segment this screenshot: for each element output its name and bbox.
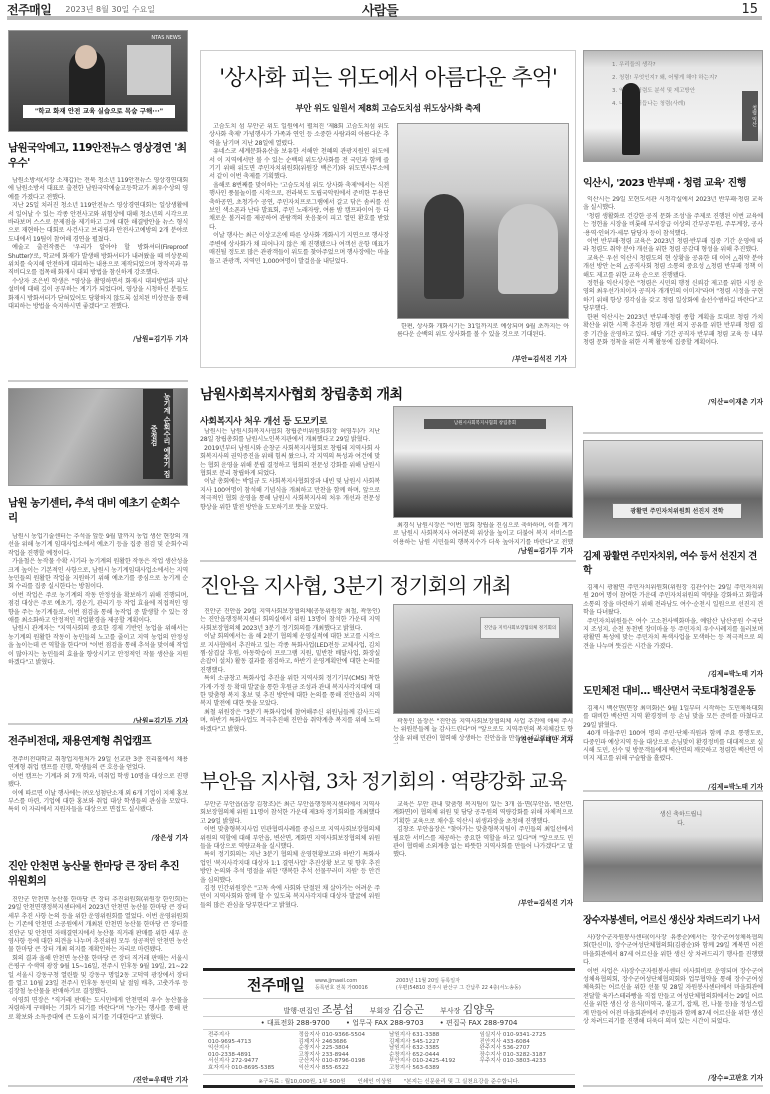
paper-name: 전주매일 xyxy=(7,1,51,18)
paragraph: 김창조 부안읍장은 "찾아가는 맞춤형복지팀이 주민들의 최일선에서 필요한 서… xyxy=(393,826,573,860)
branch: 완주지사 536-2707 xyxy=(480,1045,571,1052)
paragraph: 김정 민간위원장은 "고독 속에 사회와 단절된 채 살아가는 어려운 주민이 … xyxy=(200,885,380,910)
column-right-story2: 광활면 주민자치위원회 선진지 견학 김제 광활면 주민자치위, 여수 등서 선… xyxy=(583,440,763,678)
paragraph: 이번 사업은 사)장수군자원봉사센터 이사회비로 운영되며 장수군여성체육협의회… xyxy=(583,968,763,1027)
story-headline: 김제 광활면 주민자치위, 여수 등서 선진지 견학 xyxy=(583,548,763,576)
story-welfare-association: 남원사회복지사협회 창립총회 개최 사회복지사 처우 개선 등 도모키로 남원시… xyxy=(200,384,576,427)
branch: 고창지사 563-6389 xyxy=(389,1065,480,1072)
story-body: 김제시 광활면 주민자치위원회(위원장 김관수)는 29일 주민자치위원 20여… xyxy=(583,584,763,668)
website: www.jjmaeil.com xyxy=(315,978,357,984)
dancer-right xyxy=(498,204,558,294)
dance-performance-photo xyxy=(397,123,569,319)
paragraph: 남원시 관계자는 "지역사회의 중요한 경제 기반인 농업을 위해서는 농기계의… xyxy=(8,625,188,667)
label: 부사장 xyxy=(440,1007,460,1015)
divider xyxy=(583,1085,763,1087)
story-headline: 진안 안천면 농산물 한마당 큰 장터 추진위원회의 xyxy=(8,858,188,888)
byline: /장수=고판호 기자 xyxy=(583,1072,763,1082)
staff-row: 발행·편집인 조봉섭 부회장 김승곤 부사장 김양욱 xyxy=(203,1001,575,1017)
column-right-story4: 생신 축하드립니다. 장수자봉센터, 어르신 생신상 차려드리기 나서 사)장수… xyxy=(583,800,763,1082)
news-badge: NTAS NEWS xyxy=(151,35,181,41)
paragraph: 이날 회의에서는 올 해 2분기 협의체 운영실적에 대한 보고를 시작으로 지… xyxy=(200,633,380,675)
farm-machinery-photo: 농기계 순회수리 예취기 집중점검 xyxy=(8,388,188,486)
divider xyxy=(8,723,188,725)
column-left-story2: 농기계 순회수리 예취기 집중점검 남원 농기센터, 추석 대비 예초기 순회수… xyxy=(8,388,188,725)
registration: 등록번호 전북 가00016 xyxy=(315,985,368,991)
paragraph: '청렴 생활화로 건강한 공직 문화 조성'을 주제로 진행된 이번 교육에는 … xyxy=(583,213,763,238)
story-headline: 남원 농기센터, 추석 대비 예초기 순회수리 xyxy=(8,495,188,525)
paragraph: 수상자 조은빈 학생은 "영상을 촬영하면서 화재시 대피방법과 피난설비에 대… xyxy=(8,278,188,312)
paragraph: 이번 캠프는 기계과 외 7개 학과, 미취업 학생 10명을 대상으로 진행됐… xyxy=(8,773,188,790)
story-body: 남원시 농업기술센터는 추석을 앞둔 9월 말까지 농업 생산 현장의 개선을 … xyxy=(8,533,188,715)
assembly-photo: 남원시사회복지사협회 창립총회 xyxy=(393,406,573,518)
paragraph: 이날 총회에는 박일규 도 사회복지사협회장과 내빈 및 남원시 사회복지사 1… xyxy=(200,478,380,512)
divider xyxy=(200,560,576,562)
ethics-statement: "본지는 신문윤리 및 그 실천요강을 준수합니다. xyxy=(404,1077,520,1085)
story-headline: 남원국악예고, 119안전뉴스 영상경연 '최우수' xyxy=(8,140,188,170)
branch: 전주지사 xyxy=(208,1032,299,1039)
branch: 부안지사 010-2425-4192 xyxy=(389,1058,480,1065)
news-video-photo: NTAS NEWS "학교 화재 안전 교육 실습으로 목숨 구해···" xyxy=(8,30,188,132)
subscription-fee: ※구독료 : 월10,000원, 1부 500원 xyxy=(258,1077,345,1085)
paragraph: 정헌율 익산시장은 "청렴은 시민의 행정 신뢰감 제고를 위한 시정 운영의 … xyxy=(583,280,763,314)
byline: /진안=우태만 기자 xyxy=(8,1074,188,1084)
byline: /남원=김기두 기자 xyxy=(8,333,188,343)
publication-imprint: 전주매일 www.jjmaeil.com 등록번호 전북 가00016 2003… xyxy=(203,968,575,1088)
story-headline: 전주비전대, 채용연계형 취업캠프 xyxy=(8,733,188,748)
paragraph: 이번 맞춤형복지사업 민관협력사례를 중심으로 지역사회보장협의체 위원의 역할… xyxy=(200,826,380,851)
story-jinan-council: 진안읍 지사협, 3분기 정기회의 개최 진안군 진안읍 29일 지역사회보장협… xyxy=(200,570,576,600)
paragraph: 최경식 남원시장은 "이번 협회 창립을 진심으로 축하하며, 이를 계기로 남… xyxy=(393,522,573,546)
printer: 인쇄인 이상원 xyxy=(357,1077,391,1085)
vice-president: 부사장 김양욱 xyxy=(440,1001,494,1017)
byline: /익산=이재춘 기자 xyxy=(583,396,763,406)
masthead: 전주매일 2023년 8월 30일 수요일 사람들 15 xyxy=(7,2,762,20)
paragraph: 특히 소금창고 특화사업 추진을 위한 지역사회 정기기부(CMS) 착한가게·… xyxy=(200,675,380,709)
poster-graphic xyxy=(127,45,171,95)
paragraph: 이영희 면장은 "직거래 판매는 도시민에게 안천면의 우수 농산물을 저렴하게… xyxy=(8,997,188,1022)
paragraph: 전주비전대학교 취창업지원처가 29일 선교관 3층 진리홀에서 채용연계형 취… xyxy=(8,756,188,773)
feature-body-cont: 한편, 상사화 개화시기는 31일까지로 예상되며 9월 초까지는 아름다운 순… xyxy=(397,323,569,347)
story-buan-council: 부안읍 지사협, 3차 정기회의 · 역량강화 교육 부안군 부안읍(읍장 김창… xyxy=(200,765,576,794)
imprint-header: 전주매일 www.jjmaeil.com 등록번호 전북 가00016 2003… xyxy=(203,971,575,999)
byline: /부안=김석진 기자 xyxy=(518,897,573,907)
label: 부회장 xyxy=(370,1007,390,1015)
speaker-figure xyxy=(622,83,640,155)
byline: /장은성 기자 xyxy=(8,832,188,842)
paragraph: 2019년부터 남원시와 순창군 사회복지사협회로 창립돼 지역사회 사회복지사… xyxy=(200,445,380,479)
paragraph: 익산시는 29일 모현도서관 시청각실에서 2023년 반부패·청렴 교육을 실… xyxy=(583,196,763,213)
paragraph: 주민자치위원들은 여수 고소천사벽화마을, 예암산 남산공원 수국단지 조성지,… xyxy=(583,618,763,652)
meeting-banner: 진안읍 지역사회보장협의체 정기회의 xyxy=(480,617,560,639)
column-left-story4: 진안 안천면 농산물 한마당 큰 장터 추진위원회의 진안군 안천면 농산물 한… xyxy=(8,858,188,1084)
dancer-left xyxy=(424,194,464,299)
business-fax: • 업무국 FAX 288-9703 xyxy=(346,1017,424,1030)
issue-date: 2023년 8월 30일 수요일 xyxy=(65,4,155,15)
paragraph: 이번 반부패·청렴 교육은 2023년 청렴·반부패 집중 기간 운영에 따라 … xyxy=(583,238,763,255)
side-banner: 청렴 익산 xyxy=(742,91,758,141)
branch: 효자지사 010-8695-5385 xyxy=(208,1065,299,1072)
byline: /부안=김석진 기자 xyxy=(512,353,567,363)
divider xyxy=(583,432,763,434)
paragraph: 최철 위원장은 "3분기 특화사업에 참여해주신 위원님들께 감사드리며, 하반… xyxy=(200,709,380,734)
story-headline: 도민체전 대비… 백산면서 국토대청결운동 xyxy=(583,682,763,697)
story-body: 남원시는 남원시회복지사협회 창립준비위원회회장 허영두)가 지난 28일 창립… xyxy=(200,428,380,552)
founded-date: 2003년 11월 20일 등록일자 xyxy=(396,978,460,984)
story-headline: 익산시, '2023 반부패 · 청렴 교육' 진행 xyxy=(583,174,763,189)
branch: 임실지사 010-9341-2725 xyxy=(480,1032,571,1039)
divider xyxy=(583,790,763,792)
column-right: 1. 우리들의 생각? 2. 청렴! 무엇인지? 왜, 어떻게 해야 하는지? … xyxy=(583,50,763,406)
branch: 정읍지사 010-9366-5504 xyxy=(299,1032,390,1039)
paragraph: 고슴도치 섬 부안군 위도 일원에서 펼쳐진 '제8회 고슴도치섬 위도 상사화… xyxy=(209,123,389,148)
story-body: 김제시 백산면(면장 최미화)은 9월 1일부터 시작하는 도민체육대회를 대비… xyxy=(583,705,763,781)
paragraph: 이에 따르면 이날 행사에는 ㈜오성첨단소재 외 6개 기업이 지체 홍보 부스… xyxy=(8,790,188,815)
paragraph: 부안군 부안읍(읍장 김창조)은 최근 부안읍행정복지센터에서 지역사회보장협의… xyxy=(200,801,380,826)
meeting-photo: 진안읍 지역사회보장협의체 정기회의 xyxy=(393,604,573,714)
repair-sign: 농기계 순회수리 예취기 집중점검 xyxy=(143,389,173,479)
main-phone: • 대표전화 288-9700 xyxy=(261,1017,330,1030)
story-body: 익산시는 29일 모현도서관 시청각실에서 2023년 반부패·청렴 교육을 실… xyxy=(583,196,763,396)
page-number: 15 xyxy=(741,2,758,17)
paragraph: 교육은 우선 익산시 청렴도의 현 상황을 공유한 데 이어 △취약 분야 개선… xyxy=(583,255,763,280)
divider xyxy=(8,380,188,382)
vp2-name: 김양욱 xyxy=(463,1003,495,1016)
story-headline: 부안읍 지사협, 3차 정기회의 · 역량강화 교육 xyxy=(200,765,576,794)
lecture-photo: 1. 우리들의 생각? 2. 청렴! 무엇인지? 왜, 어떻게 해야 하는지? … xyxy=(583,50,763,162)
story-body: 남원소방서(서장 소재갑)는 전북 청소년 119안전뉴스 영상경연대회에 남원… xyxy=(8,177,188,333)
imprint-logo: 전주매일 xyxy=(247,974,305,995)
paragraph: 가을철은 농작물 수확 시기라 농기계의 원활한 작동은 작업 생산성을 크게 … xyxy=(8,558,188,592)
subscription-row: ※구독료 : 월10,000원, 1부 500원 인쇄인 이상원 "본지는 신문… xyxy=(203,1074,575,1085)
story-headline: 진안읍 지사협, 3분기 정기회의 개최 xyxy=(200,570,576,600)
branch xyxy=(480,1065,571,1072)
label: 발행·편집인 xyxy=(283,1007,319,1015)
branch-directory: 전주지사정읍지사 010-9366-5504남원지사 631-3388임실지사 … xyxy=(203,1030,575,1074)
branch: 순창지사 225-3804 xyxy=(299,1045,390,1052)
paragraph: 남원소방서(서장 소재갑)는 전북 청소년 119안전뉴스 영상경연대회에 남원… xyxy=(8,177,188,202)
paragraph: 진안군 진안읍 29일 지역사회보장협의체(공동위원장 최철, 곽동인)는 진안… xyxy=(200,608,380,633)
paragraph: 교육은 부안 관내 맞춤형 복지팀이 있는 3개 읍·면(부안읍, 변산면, 계… xyxy=(393,801,573,826)
paragraph: 이번 작업은 주로 농기계의 작동 안정성을 확보하기 위해 진행되며, 점검 … xyxy=(8,592,188,626)
column-right-story3: 도민체전 대비… 백산면서 국토대청결운동 김제시 백산면(면장 최미화)은 9… xyxy=(583,682,763,791)
paragraph: 진안군 안천면 농산물 한마당 큰 장터 추진위원회(위원장 한인희)는 29일… xyxy=(8,896,188,955)
slide-line: 1. 우리들의 생각? xyxy=(612,59,717,72)
paragraph: 한편 익산시는 2023년 반부패·청렴 종합 계획을 토대로 청렴 가치 확산… xyxy=(583,314,763,348)
editorial-fax: • 편집국 FAX 288-9704 xyxy=(440,1017,518,1030)
paragraph: 특히 정기회의는 지난 3분기 협의체 운영현황보고와 하반기 특화사업인 '복… xyxy=(200,851,380,885)
story-body: 전주비전대학교 취창업지원처가 29일 선교관 3층 진리홀에서 채용연계형 취… xyxy=(8,756,188,832)
video-caption-banner: "학교 화재 안전 교육 실습으로 목숨 구해···" xyxy=(23,105,175,118)
story-body: 사)장수군자원봉사센터(이사장 유종순)에서는 장수군여성체육협의회(한신미),… xyxy=(583,934,763,1072)
imprint-web: www.jjmaeil.com 등록번호 전북 가00016 xyxy=(315,978,368,992)
vp-name: 김승곤 xyxy=(392,1003,424,1016)
story-body: 진안군 진안읍 29일 지역사회보장협의체(공동위원장 최철, 곽동인)는 진안… xyxy=(200,608,380,740)
group-photo: 광활면 주민자치위원회 선진지 견학 xyxy=(583,440,763,538)
column-left: NTAS NEWS "학교 화재 안전 교육 실습으로 목숨 구해···" 남원… xyxy=(8,30,188,343)
byline: /김제=박노태 기자 xyxy=(583,668,763,678)
event-banner: 남원시사회복지사협회 창립총회 xyxy=(424,419,546,429)
story-body: 부안군 부안읍(읍장 김창조)은 최근 부안읍행정복지센터에서 지역사회보장협의… xyxy=(200,801,380,919)
feature-body: 고슴도치 섬 부안군 위도 일원에서 펼쳐진 '제8회 고슴도치섬 위도 상사화… xyxy=(209,123,389,363)
story-headline: 남원사회복지사협회 창립총회 개최 xyxy=(200,384,576,404)
paragraph: 올해로 8번째를 맞이하는 '고슴도치섬 위도 상사화 축제'에서는 식전행사인… xyxy=(209,182,389,232)
section-title: 사람들 xyxy=(362,0,398,19)
imprint-address: 2003년 11월 20일 등록일자 (우편)54810 전주시 완산구 그 간… xyxy=(396,978,521,992)
story-body: 진안군 안천면 농산물 한마당 큰 장터 추진위원회(위원장 한인희)는 29일… xyxy=(8,896,188,1074)
publisher: 발행·편집인 조봉섭 xyxy=(283,1001,353,1017)
feature-subhead: 부안 위도 일원서 제8회 고슴도치섬 위도상사화 축제 xyxy=(201,102,575,114)
branch: 익산지사 xyxy=(208,1045,299,1052)
story-body-cont: 최경식 남원시장은 "이번 협회 창립을 진심으로 축하하며, 이를 계기로 남… xyxy=(393,522,573,546)
paragraph: 이날 행사는 최근 이상고온에 따른 상사화 개화시기 지연으로 행사장 주변에… xyxy=(209,232,389,266)
paragraph: 회의 결과 올해 안천면 농산물 한마당 큰 장터 직거래 판매는 서울시 은평… xyxy=(8,955,188,997)
branch: 남원지사 631-3388 xyxy=(389,1032,480,1039)
group-banner: 광활면 주민자치위원회 선진지 견학 xyxy=(612,503,742,519)
paragraph: 지난 25일 치러진 청소년 119안전뉴스 영상경연대회는 일상생활에서 일어… xyxy=(8,202,188,244)
paragraph: 예술고 출전작품은 '우리가 알아야 할 방화셔터(Fireproof Shut… xyxy=(8,244,188,278)
publisher-name: 조봉섭 xyxy=(322,1003,354,1016)
story-headline: 장수자봉센터, 어르신 생신상 차려드리기 나서 xyxy=(583,912,763,926)
branch: 군산지사 010-8796-0198 xyxy=(299,1058,390,1065)
column-left-story3: 전주비전대, 채용연계형 취업캠프 전주비전대학교 취창업지원처가 29일 선교… xyxy=(8,733,188,842)
birthday-photo: 생신 축하드립니다. xyxy=(583,800,763,902)
paragraph: 40개 마을주민 100여 명의 주민·단체·직원과 함께 주요 통행도로, 다… xyxy=(583,730,763,764)
divider xyxy=(8,1085,188,1087)
paragraph: 김제시 광활면 주민자치위원회(위원장 김관수)는 29일 주민자치위원 20여… xyxy=(583,584,763,618)
address: (우편)54810 전주시 완산구 그 간납루 22 4층(서노송동) xyxy=(396,985,521,991)
branch: 남원지사 632-3385 xyxy=(389,1045,480,1052)
paragraph: 김제시 백산면(면장 최미화)은 9월 1일부터 시작하는 도민체육대회를 대비… xyxy=(583,705,763,730)
feature-headline: '상사화 피는 위도에서 아름다운 추억' xyxy=(201,61,575,92)
paragraph: 유네스코 세계문화유산을 보유한 서해안 천혜의 관광지원인 위도에서 이 지역… xyxy=(209,148,389,182)
birthday-banner: 생신 축하드립니다. xyxy=(656,809,706,831)
paragraph: 한편, 상사화 개화시기는 31일까지로 예상되며 9월 초까지는 아름다운 순… xyxy=(397,323,569,340)
paragraph: 사)장수군자원봉사센터(이사장 유종순)에서는 장수군여성체육협의회(한신미),… xyxy=(583,934,763,968)
paragraph: 남원시는 남원시회복지사협회 창립준비위원회회장 허영두)가 지난 28일 창립… xyxy=(200,428,380,445)
phone-row: • 대표전화 288-9700 • 업무국 FAX 288-9703 • 편집국… xyxy=(203,1017,575,1030)
branch: 서신지사 272-9477 xyxy=(208,1058,299,1065)
paragraph: 남원시 농업기술센터는 추석을 앞둔 9월 말까지 농업 생산 현장의 개선을 … xyxy=(8,533,188,558)
byline: /남원=김기두 기자 xyxy=(518,545,573,555)
vice-chairman: 부회장 김승곤 xyxy=(370,1001,424,1017)
feature-box: '상사화 피는 위도에서 아름다운 추억' 부안 위도 일원서 제8회 고슴도치… xyxy=(200,50,576,368)
branch: 익산지사 855-6522 xyxy=(299,1065,390,1072)
presenter-face xyxy=(75,45,97,69)
branch: 무주지사 010-3803-4233 xyxy=(480,1058,571,1065)
byline: /진안=우태만 기자 xyxy=(518,734,573,744)
